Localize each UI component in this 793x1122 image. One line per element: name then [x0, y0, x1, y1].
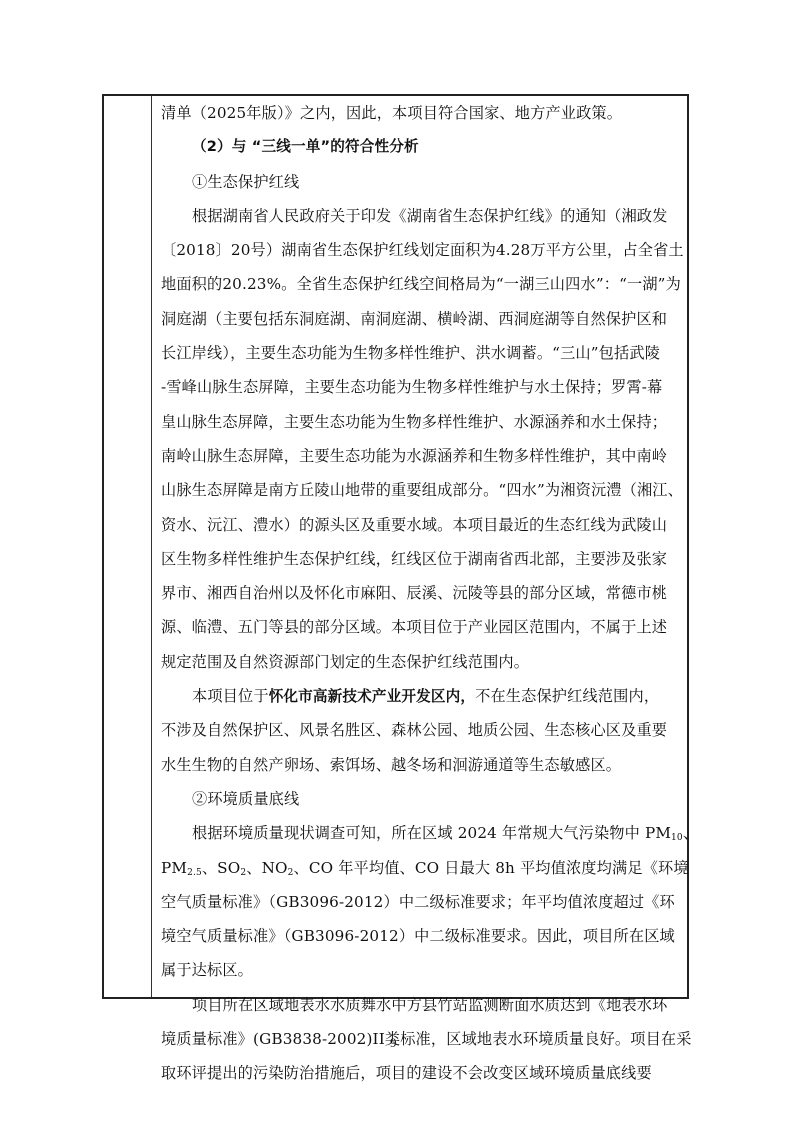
- text-span: 根据环境质量现状调查可知，所在区域 2024 年常规大气污染物中 PM: [192, 824, 671, 842]
- text-line: 源、临澧、五门等县的部分区域。本项目位于产业园区范围内，不属于上述: [161, 610, 684, 644]
- table-content-cell: 清单（2025年版）》之内，因此，本项目符合国家、地方产业政策。 （2）与 “三…: [161, 96, 684, 1091]
- text-span: 、CO 年平均值、CO 日最大 8h 平均值浓度均满足《环境: [294, 859, 689, 877]
- text-line: 地面积的20.23%。全省生态保护红线空间格局为“一湖三山四水”：“一湖”为: [161, 267, 684, 301]
- location-paragraph-line: 本项目位于怀化市高新技术产业开发区内，不在生态保护红线范围内，: [161, 679, 684, 713]
- text-span: 不在生态保护红线范围内，: [475, 687, 659, 705]
- text-line: 清单（2025年版）》之内，因此，本项目符合国家、地方产业政策。: [161, 96, 684, 130]
- text-span: 、: [683, 824, 698, 842]
- text-line: 南岭山脉生态屏障，主要生态功能为水源涵养和生物多样性维护，其中南岭: [161, 439, 684, 473]
- text-line: 〔2018〕20号）湖南省生态保护红线划定面积为4.28万平方公里，占全省土: [161, 233, 684, 267]
- page-number: 9: [390, 1035, 397, 1051]
- text-line: 界市、湘西自治州以及怀化市麻阳、辰溪、沅陵等县的部分区域，常德市桃: [161, 576, 684, 610]
- text-line: -雪峰山脉生态屏障，主要生态功能为生物多样性维护与水土保持；罗霄-幕: [161, 370, 684, 404]
- text-line: 区生物多样性维护生态保护红线，红线区位于湖南省西北部，主要涉及张家: [161, 542, 684, 576]
- subsection-heading: ②环境质量底线: [161, 782, 684, 816]
- text-span: 、NO: [246, 859, 287, 877]
- air-quality-line-1: 根据环境质量现状调查可知，所在区域 2024 年常规大气污染物中 PM10、: [161, 816, 684, 850]
- text-line: 境空气质量标准》（GB3096-2012）中二级标准要求。因此，项目所在区域: [161, 919, 684, 953]
- text-line: 资水、沅江、澧水）的源头区及重要水域。本项目最近的生态红线为武陵山: [161, 508, 684, 542]
- text-line: 根据湖南省人民政府关于印发《湖南省生态保护红线》的通知（湘政发: [161, 199, 684, 233]
- text-line: 洞庭湖（主要包括东洞庭湖、南洞庭湖、横岭湖、西洞庭湖等自然保护区和: [161, 302, 684, 336]
- text-line: 取环评提出的污染防治措施后，项目的建设不会改变区域环境质量底线要: [161, 1056, 684, 1090]
- subsection-heading: ①生态保护红线: [161, 165, 684, 199]
- subscript: 2.5: [187, 868, 202, 878]
- table-left-column: [104, 96, 152, 997]
- text-line: 山脉生态屏障是南方丘陵山地带的重要组成部分。“四水”为湘资沅澧（湘江、: [161, 473, 684, 507]
- text-line: 境质量标准》(GB3838-2002)II类标准，区域地表水环境质量良好。项目在…: [161, 1022, 684, 1056]
- subscript: 10: [671, 833, 683, 843]
- text-line: 属于达标区。: [161, 953, 684, 987]
- text-line: 不涉及自然保护区、风景名胜区、森林公园、地质公园、生态核心区及重要: [161, 713, 684, 747]
- bold-location-text: 怀化市高新技术产业开发区内，: [269, 688, 475, 705]
- text-line: 项目所在区域地表水水质舞水中方县竹站监测断面水质达到《地表水环: [161, 988, 684, 1022]
- text-line: 空气质量标准》（GB3096-2012）中二级标准要求；年平均值浓度超过《环: [161, 885, 684, 919]
- document-table: 清单（2025年版）》之内，因此，本项目符合国家、地方产业政策。 （2）与 “三…: [102, 94, 689, 999]
- text-line: 规定范围及自然资源部门划定的生态保护红线范围内。: [161, 645, 684, 679]
- text-span: PM: [161, 859, 187, 877]
- section-heading: （2）与 “三线一单”的符合性分析: [161, 130, 684, 164]
- text-line: 长江岸线），主要生态功能为生物多样性维护、洪水调蓄。“三山”包括武陵: [161, 336, 684, 370]
- text-line: 水生生物的自然产卵场、索饵场、越冬场和洄游通道等生态敏感区。: [161, 748, 684, 782]
- text-span: 、SO: [202, 859, 241, 877]
- text-span: 本项目位于: [192, 687, 269, 705]
- air-quality-line-2: PM2.5、SO2、NO2、CO 年平均值、CO 日最大 8h 平均值浓度均满足…: [161, 851, 684, 885]
- text-line: 皇山脉生态屏障，主要生态功能为生物多样性维护、水源涵养和水土保持；: [161, 405, 684, 439]
